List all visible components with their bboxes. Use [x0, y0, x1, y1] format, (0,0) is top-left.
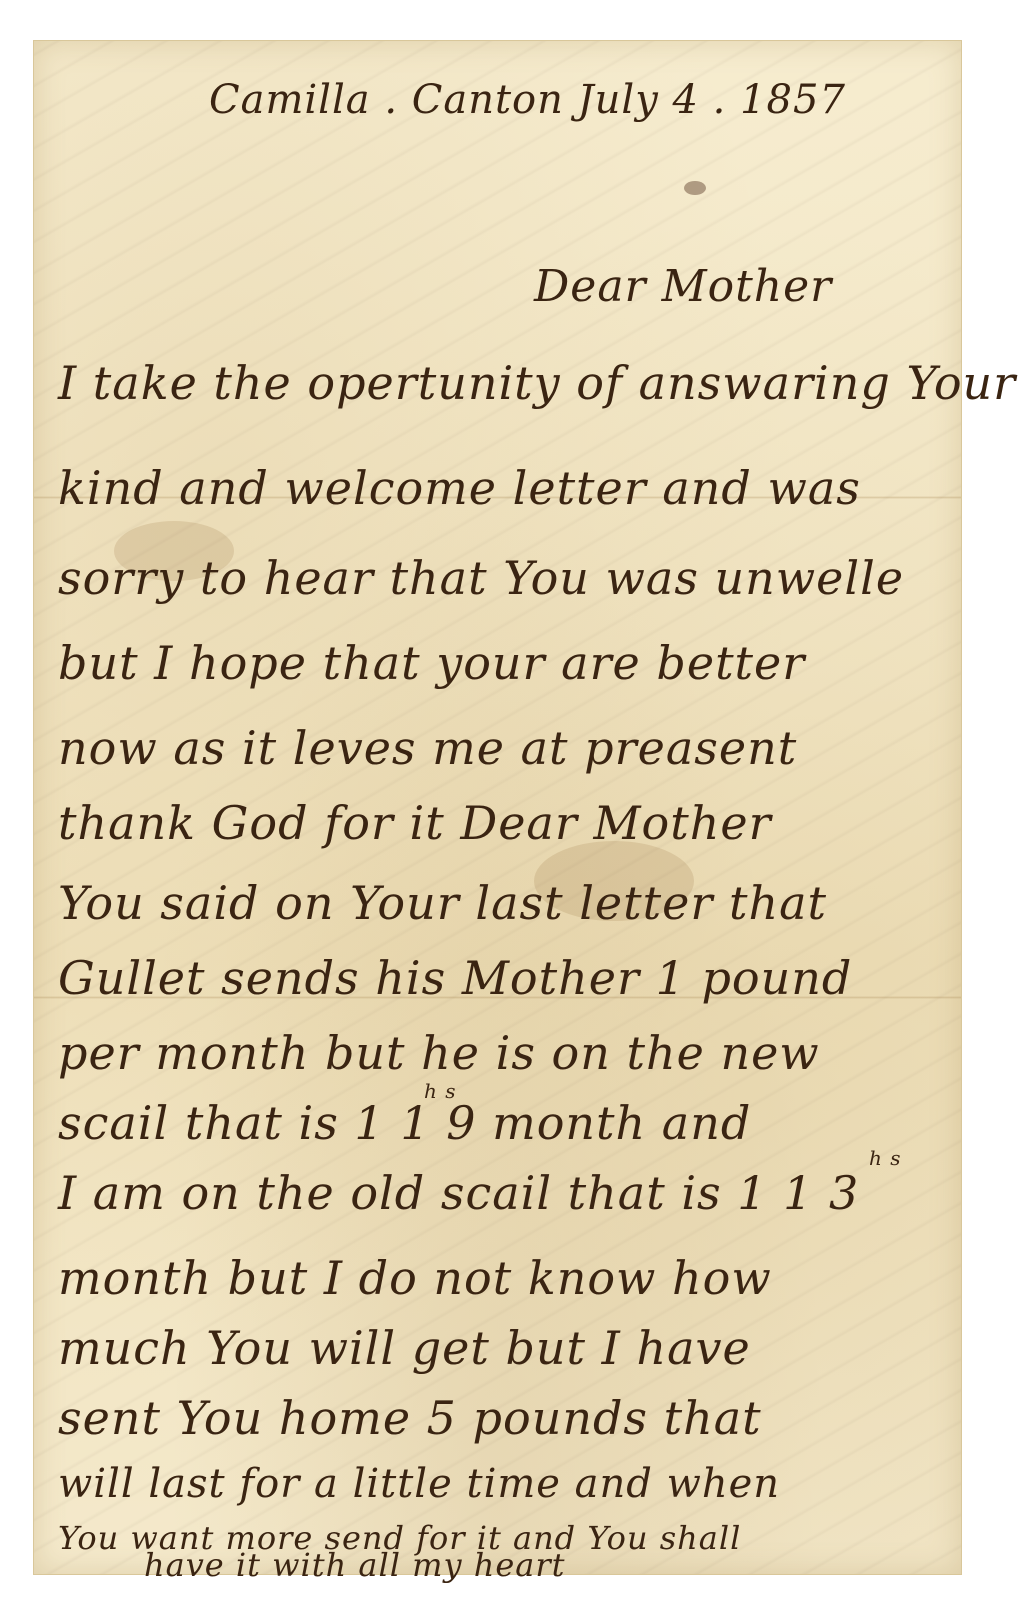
letter-line: thank God for it Dear Mother	[58, 796, 772, 850]
letter-line: much You will get but I have	[58, 1321, 751, 1375]
superscript-note: h s	[869, 1146, 902, 1170]
letter-line: now as it leves me at preasent	[58, 721, 797, 775]
letter-line: sorry to hear that You was unwelle	[58, 551, 904, 605]
letter-header-place-date: Camilla . Canton July 4 . 1857	[209, 77, 846, 123]
letter-line: You said on Your last letter that	[58, 876, 827, 930]
letter-line: but I hope that your are better	[58, 636, 805, 690]
letter-page: Camilla . Canton July 4 . 1857 Dear Moth…	[33, 40, 962, 1575]
letter-line: month but I do not know how	[58, 1251, 772, 1305]
letter-line: will last for a little time and when	[58, 1461, 780, 1507]
letter-line: I take the opertunity of answaring Your	[58, 356, 1016, 410]
letter-line: I am on the old scail that is 1 1 3	[58, 1166, 859, 1220]
letter-line: sent You home 5 pounds that	[58, 1391, 762, 1445]
letter-line: per month but he is on the new	[58, 1026, 820, 1080]
letter-line: kind and welcome letter and was	[58, 461, 861, 515]
ink-blot	[684, 181, 706, 195]
letter-line: Gullet sends his Mother 1 pound	[58, 951, 852, 1005]
letter-line: scail that is 1 1 9 month and	[58, 1096, 751, 1150]
letter-salutation: Dear Mother	[534, 261, 832, 312]
superscript-note: h s	[424, 1079, 457, 1103]
letter-closing-line: have it with all my heart	[144, 1546, 566, 1584]
